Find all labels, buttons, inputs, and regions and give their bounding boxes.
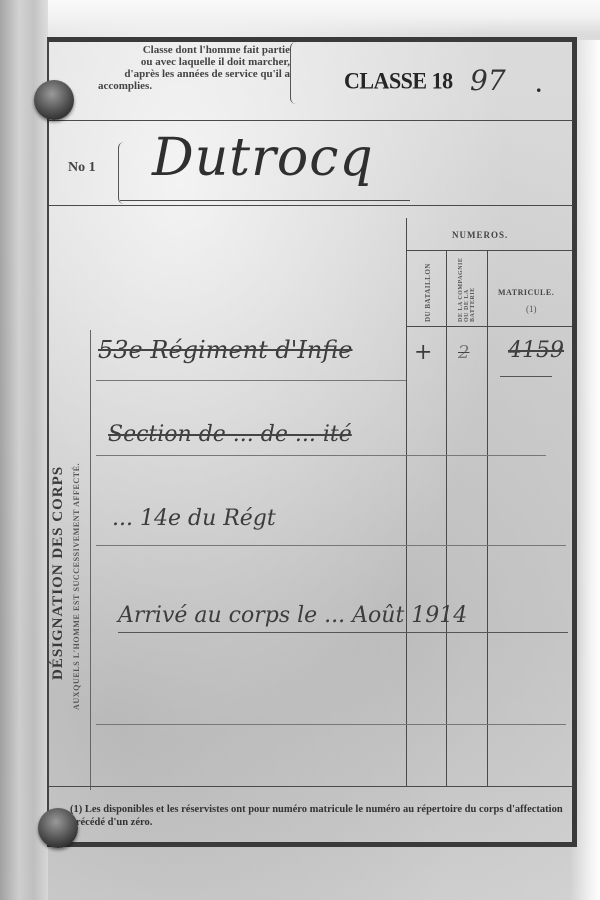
matricule-underline [500, 376, 552, 377]
matricule-footnote-ref: (1) [526, 304, 537, 314]
class-note-line: Classe dont l'homme fait partie [68, 44, 290, 56]
class-note-line: ou avec laquelle il doit marcher, [68, 56, 290, 68]
side-label-rule [90, 330, 91, 790]
entry-col-compagnie: 2 [458, 342, 469, 363]
entry-regiment-2: ... 14e du Régt [112, 506, 276, 531]
side-label-main: DÉSIGNATION DES CORPS [50, 360, 67, 680]
numeros-title: NUMEROS. [452, 230, 508, 240]
side-label-sub: AUXQUELS L'HOMME EST SUCCESSIVEMENT AFFE… [72, 390, 81, 710]
classe-period: . [536, 72, 542, 98]
entry-arrival: Arrivé au corps le ... Août 1914 [118, 603, 467, 628]
numeros-rule [406, 250, 572, 251]
entry-matricule: 4159 [508, 338, 564, 363]
classe-year-handwritten: 97 [470, 64, 506, 97]
rivet-icon [34, 80, 74, 120]
entry-rule [96, 724, 566, 725]
entry-regiment: 53e Régiment d'Infie [98, 336, 352, 364]
brace-decoration [118, 142, 127, 204]
entry-rule [96, 545, 566, 546]
booklet-spine [0, 0, 48, 900]
entry-section: Section de ... de ... ité [108, 422, 352, 447]
column-header-compagnie: DE LA COMPAGNIE OU DE LA BATTERIE [458, 256, 476, 322]
column-divider [446, 250, 447, 786]
class-note-line: accomplies. [68, 80, 290, 92]
soldier-name-handwritten: Dutrocq [152, 128, 374, 188]
rivet-icon [38, 808, 78, 848]
table-bottom-rule [49, 786, 573, 787]
entry-col-bataillon: + [414, 340, 432, 365]
header-rule [49, 120, 573, 121]
classe-label: CLASSE 18 [344, 67, 453, 94]
column-divider [406, 218, 407, 786]
column-divider [487, 250, 488, 786]
name-rule [49, 205, 573, 206]
entry-underline [118, 632, 568, 633]
entry-rule [96, 380, 406, 381]
numeros-header-rule [406, 326, 572, 327]
number-label: No 1 [68, 160, 96, 176]
column-header-matricule: MATRICULE. [498, 288, 554, 297]
name-underline [120, 200, 410, 201]
entry-rule [96, 455, 546, 456]
footnote: (1) Les disponibles et les réservistes o… [70, 803, 570, 829]
column-header-bataillon: DU BATAILLON [424, 262, 432, 322]
class-note-line: d'après les années de service qu'il a [68, 68, 290, 80]
class-note: Classe dont l'homme fait partie ou avec … [68, 44, 290, 92]
torn-top-edge [40, 0, 600, 34]
brace-decoration [290, 42, 299, 104]
